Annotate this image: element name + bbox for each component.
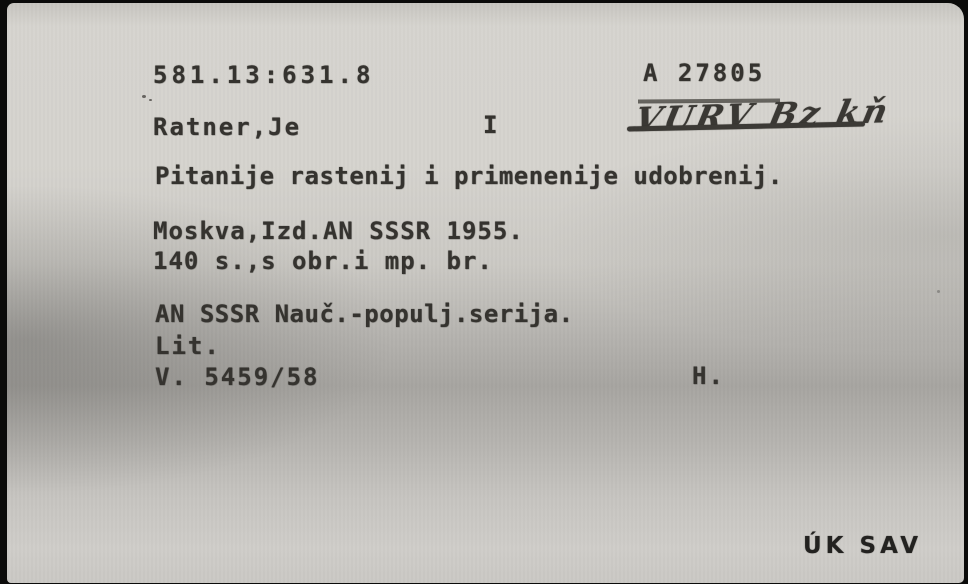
scan-background: 581.13:631.8 A 27805 Ratner,Je I VURV Bz… <box>0 0 968 584</box>
paper-speck <box>142 95 146 98</box>
author-line: Ratner,Je <box>153 114 301 140</box>
paper-speck <box>149 99 152 101</box>
title-line: Pitanije rastenij i primenenije udobreni… <box>155 163 783 189</box>
crossed-out-location-note: VURV Bz kň <box>631 91 894 140</box>
classification-number: 581.13:631.8 <box>153 62 374 88</box>
library-stamp: ÚK SAV <box>803 534 922 559</box>
collation-line: 140 s.,s obr.i mp. br. <box>153 248 493 274</box>
imprint-line: Moskva,Izd.AN SSSR 1955. <box>153 218 524 244</box>
cataloguer-initial: H. <box>692 363 725 389</box>
accession-number: V. 5459/58 <box>155 364 320 390</box>
volume-numeral: I <box>483 112 499 138</box>
shelfmark: A 27805 <box>643 60 765 86</box>
catalog-card: 581.13:631.8 A 27805 Ratner,Je I VURV Bz… <box>7 3 964 583</box>
paper-speck <box>937 290 940 293</box>
series-line: AN SSSR Nauč.-populj.serija. <box>155 301 574 327</box>
bibliography-note: Lit. <box>155 333 221 359</box>
